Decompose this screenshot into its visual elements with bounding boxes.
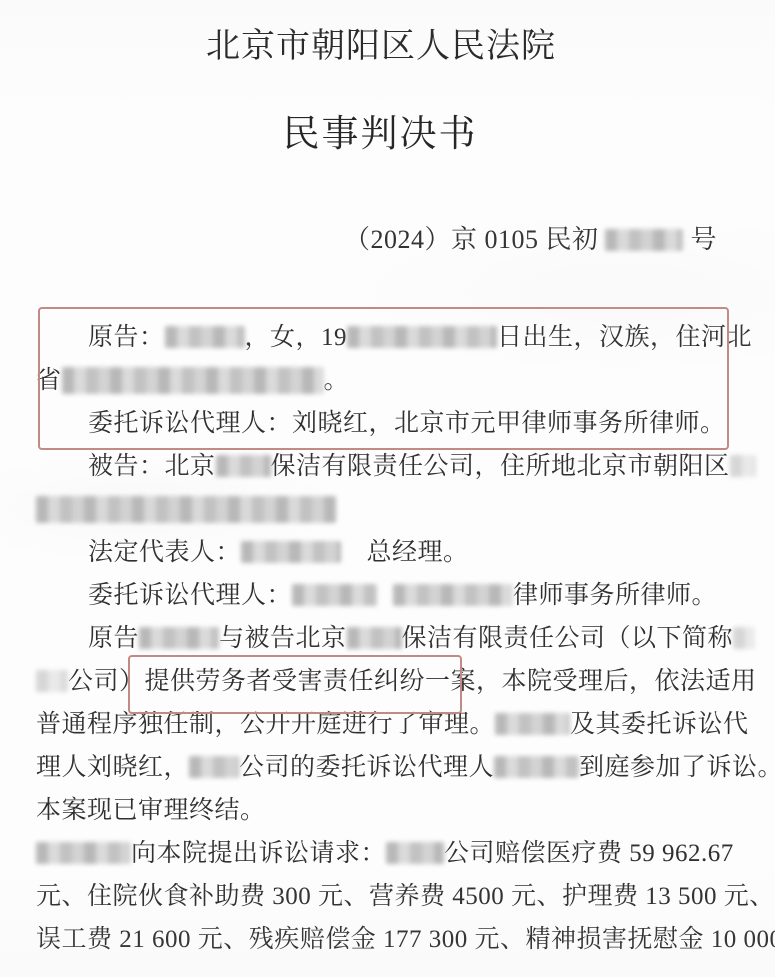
document-body: 原告：，女，19日出生，汉族，住河北省。委托诉讼代理人：刘晓红，北京市元甲律师事… bbox=[36, 316, 775, 961]
redacted-text bbox=[165, 326, 245, 348]
document-line: 误工费 21 600 元、残疾赔偿金 177 300 元、精神损害抚慰金 10 … bbox=[36, 918, 775, 961]
redacted-text bbox=[62, 367, 324, 394]
document-line: 原告：，女，19日出生，汉族，住河北 bbox=[36, 316, 775, 359]
text-segment: 日出生，汉族，住河北 bbox=[497, 324, 752, 351]
text-segment: 公司赔偿医疗费 59 962.67 bbox=[444, 840, 734, 867]
redacted-text bbox=[347, 627, 402, 649]
text-segment: 保洁有限责任公司，住所地北京市朝阳区 bbox=[271, 453, 730, 480]
redacted-text bbox=[139, 627, 219, 649]
document-line bbox=[36, 488, 775, 531]
redacted-text bbox=[733, 627, 755, 649]
document-line: 普通程序独任制，公开开庭进行了审理。及其委托诉讼代 bbox=[36, 703, 775, 746]
redacted-text bbox=[386, 842, 444, 864]
redacted-text bbox=[494, 756, 579, 778]
text-segment: 保洁有限责任公司（以下简称 bbox=[402, 625, 734, 652]
text-segment: 公司的委托诉讼代理人 bbox=[239, 754, 494, 781]
text-segment: 公司）提供劳务者受害责任纠纷一案，本院受理后，依法适用 bbox=[68, 668, 757, 695]
document-line: 本案现已审理终结。 bbox=[36, 789, 775, 832]
text-segment: 法定代表人： bbox=[88, 539, 241, 566]
redacted-text bbox=[241, 541, 341, 563]
text-segment: 误工费 21 600 元、残疾赔偿金 177 300 元、精神损害抚慰金 10 … bbox=[36, 926, 775, 953]
text-segment: 号 bbox=[683, 225, 717, 254]
text-segment: 原告 bbox=[88, 625, 139, 652]
redacted-text bbox=[216, 455, 271, 477]
judgment-document-page: 北京市朝阳区人民法院 民事判决书 （2024）京 0105 民初 号 原告：，女… bbox=[0, 0, 775, 977]
text-segment: 被告：北京 bbox=[88, 453, 216, 480]
text-segment: 元、住院伙食补助费 300 元、营养费 4500 元、护理费 13 500 元、 bbox=[36, 883, 775, 910]
text-segment: 与被告北京 bbox=[219, 625, 347, 652]
document-line: 被告：北京保洁有限责任公司，住所地北京市朝阳区 bbox=[36, 445, 775, 488]
document-line: 委托诉讼代理人：刘晓红，北京市元甲律师事务所律师。 bbox=[36, 402, 775, 445]
redacted-text bbox=[495, 713, 570, 735]
text-segment: 律师事务所律师。 bbox=[513, 582, 717, 609]
text-segment: 本案现已审理终结。 bbox=[36, 797, 266, 824]
case-number: （2024）京 0105 民初 号 bbox=[344, 222, 717, 258]
document-line: 向本院提出诉讼请求：公司赔偿医疗费 59 962.67 bbox=[36, 832, 775, 875]
text-segment: （2024）京 0105 民初 bbox=[344, 225, 606, 254]
document-line: 省。 bbox=[36, 359, 775, 402]
text-segment: 总经理。 bbox=[341, 539, 469, 566]
text-segment: 向本院提出诉讼请求： bbox=[131, 840, 386, 867]
redacted-text bbox=[393, 584, 513, 606]
redacted-text bbox=[730, 455, 756, 477]
text-segment: 普通程序独任制，公开开庭进行了审理。 bbox=[36, 711, 495, 738]
document-type-title: 民事判决书 bbox=[0, 110, 760, 160]
text-segment: 委托诉讼代理人： bbox=[88, 582, 292, 609]
document-line: 委托诉讼代理人：律师事务所律师。 bbox=[36, 574, 775, 617]
document-line: 元、住院伙食补助费 300 元、营养费 4500 元、护理费 13 500 元、 bbox=[36, 875, 775, 918]
redacted-text bbox=[605, 229, 683, 251]
text-segment: 省 bbox=[36, 367, 62, 394]
document-line: 公司）提供劳务者受害责任纠纷一案，本院受理后，依法适用 bbox=[36, 660, 775, 703]
document-line: 理人刘晓红，公司的委托诉讼代理人到庭参加了诉讼。 bbox=[36, 746, 775, 789]
redacted-text bbox=[36, 842, 131, 864]
text-segment: 理人刘晓红， bbox=[36, 754, 189, 781]
redacted-text bbox=[36, 670, 68, 692]
redacted-text bbox=[189, 756, 239, 778]
text-segment: 及其委托诉讼代 bbox=[570, 711, 749, 738]
text-segment: 。 bbox=[324, 367, 350, 394]
text-segment: 原告： bbox=[88, 324, 165, 351]
redacted-text bbox=[347, 326, 497, 348]
redacted-text bbox=[36, 496, 336, 523]
text-segment: ，女，19 bbox=[245, 324, 348, 351]
document-line: 原告与被告北京保洁有限责任公司（以下简称 bbox=[36, 617, 775, 660]
redacted-text bbox=[292, 584, 377, 606]
document-line: 法定代表人： 总经理。 bbox=[36, 531, 775, 574]
court-name: 北京市朝阳区人民法院 bbox=[0, 22, 762, 72]
text-segment: 到庭参加了诉讼。 bbox=[579, 754, 775, 781]
text-segment: 委托诉讼代理人：刘晓红，北京市元甲律师事务所律师。 bbox=[88, 410, 726, 437]
